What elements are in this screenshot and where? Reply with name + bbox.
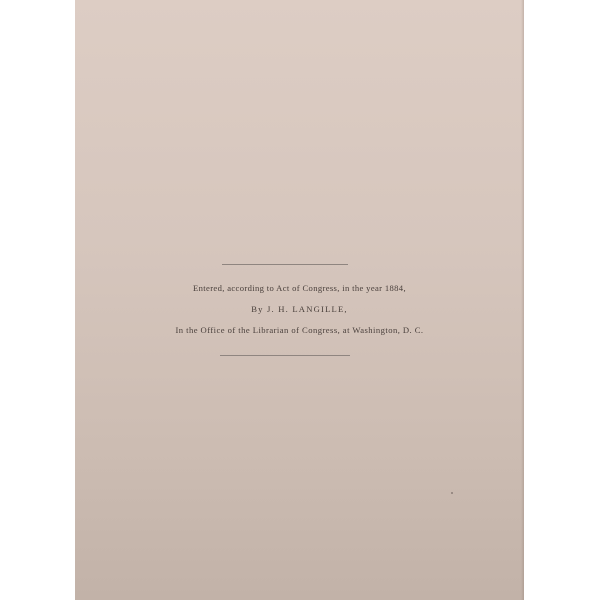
copyright-line-office: In the Office of the Librarian of Congre…: [75, 325, 524, 335]
paper-speck: [451, 492, 453, 494]
copyright-line-entered: Entered, according to Act of Congress, i…: [75, 283, 524, 293]
copyright-line-author: By J. H. LANGILLE,: [75, 304, 524, 314]
top-divider-rule: [222, 264, 348, 265]
bottom-divider-rule: [220, 355, 350, 356]
book-page: Entered, according to Act of Congress, i…: [75, 0, 524, 600]
